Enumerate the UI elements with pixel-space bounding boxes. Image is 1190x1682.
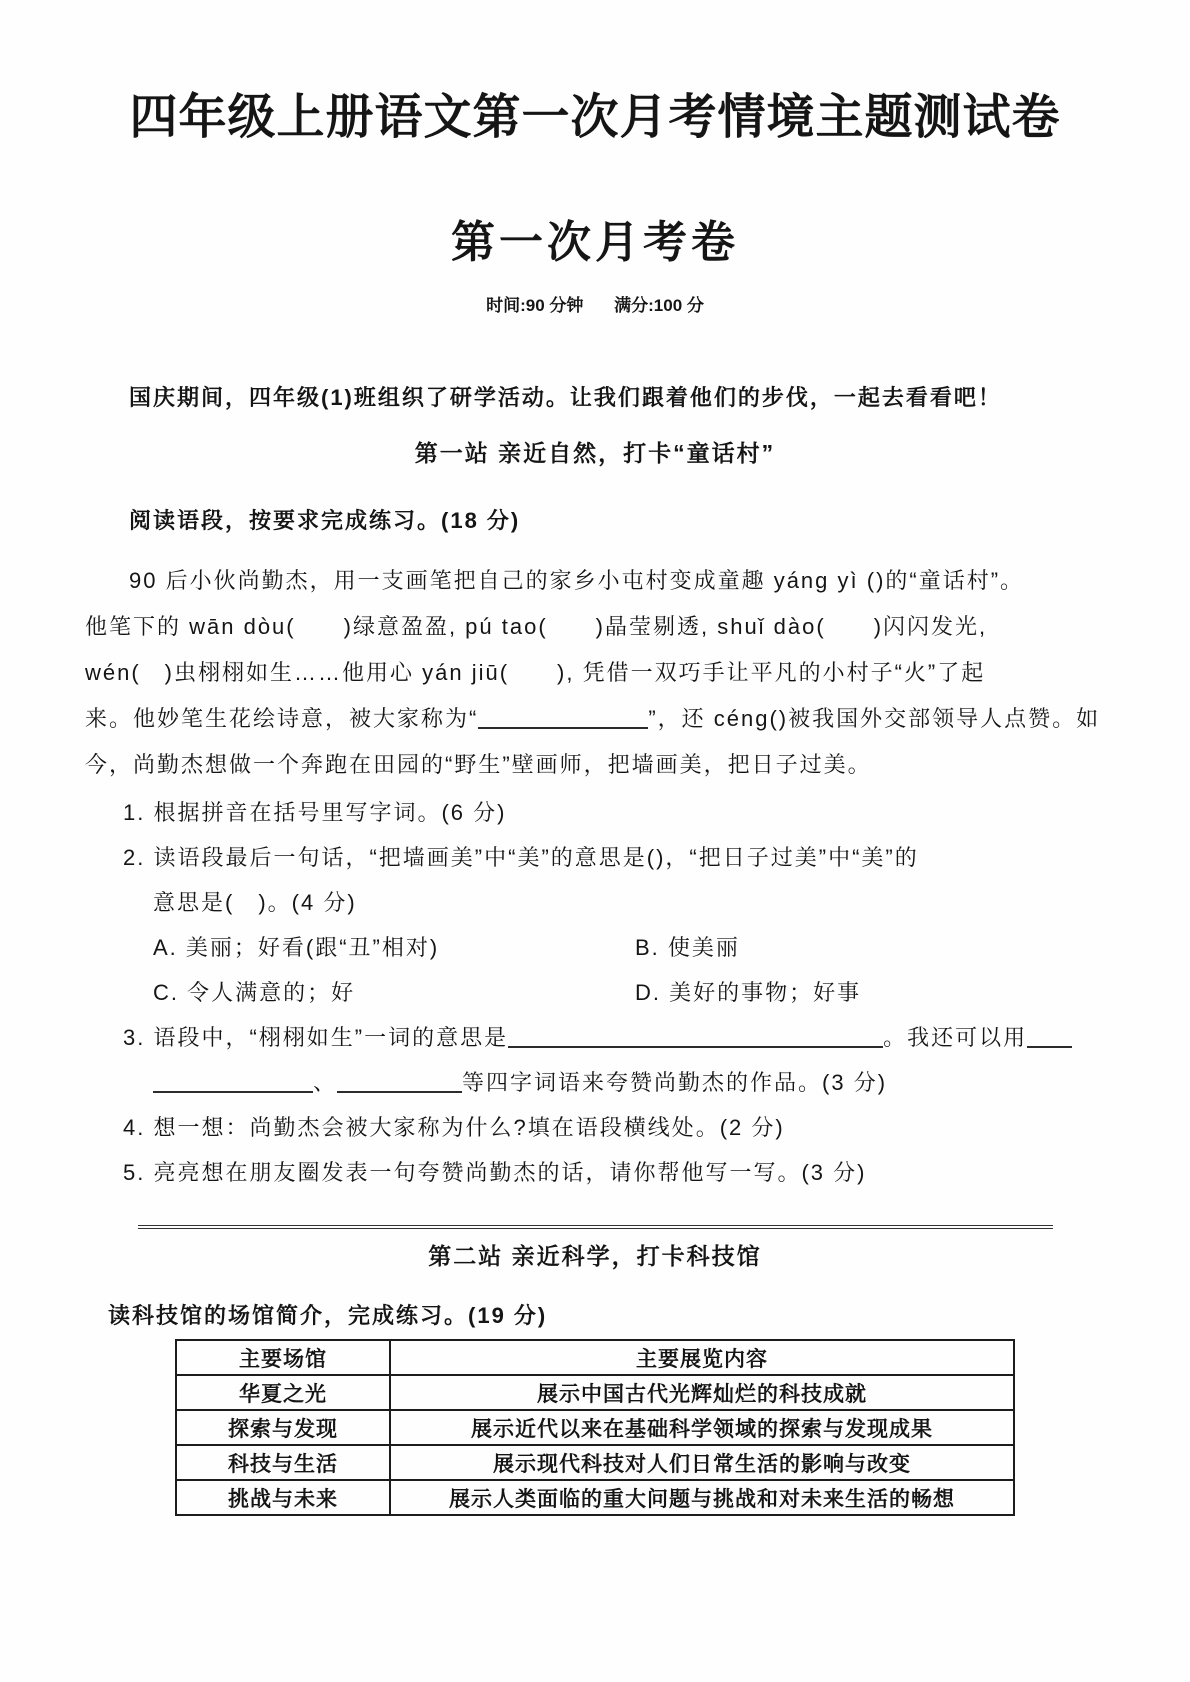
venue-cell: 挑战与未来	[176, 1480, 390, 1515]
venues-table: 主要场馆 主要展览内容 华夏之光 展示中国古代光辉灿烂的科技成就 探索与发现 展…	[175, 1339, 1015, 1516]
question-list: 1. 根据拼音在括号里写字词。(6 分) 2. 读语段最后一句话，“把墙画美”中…	[85, 790, 1105, 1195]
venue-cell: 探索与发现	[176, 1410, 390, 1445]
question-5: 5. 亮亮想在朋友圈发表一句夸赞尚勤杰的话，请你帮他写一写。(3 分)	[123, 1150, 1105, 1195]
option-row-2: C. 令人满意的；好 D. 美好的事物；好事	[153, 970, 1105, 1015]
table-row: 挑战与未来 展示人类面临的重大问题与挑战和对未来生活的畅想	[176, 1480, 1014, 1515]
exam-meta: 时间:90 分钟 满分:100 分	[85, 296, 1105, 316]
content-cell: 展示近代以来在基础科学领域的探索与发现成果	[390, 1410, 1014, 1445]
content-cell: 展示现代科技对人们日常生活的影响与改变	[390, 1445, 1014, 1480]
option-a: A. 美丽；好看(跟“丑”相对)	[153, 925, 635, 970]
intro-text: 国庆期间，四年级(1)班组织了研学活动。让我们跟着他们的步伐，一起去看看吧！	[85, 384, 1105, 412]
question-2-line-2: 意思是( )。(4 分)	[153, 880, 1105, 925]
question-4: 4. 想一想：尚勤杰会被大家称为什么?填在语段横线处。(2 分)	[123, 1105, 1105, 1150]
answer-blank	[508, 1024, 883, 1048]
answer-blank	[337, 1069, 462, 1093]
passage-line-4: 来。他妙笔生花绘诗意，被大家称为“”，还 céng()被我国外交部领导人点赞。如	[85, 696, 1105, 742]
question-1: 1. 根据拼音在括号里写字词。(6 分)	[123, 790, 1105, 835]
question-3-line-1: 3. 语段中，“栩栩如生”一词的意思是。我还可以用	[123, 1015, 1105, 1060]
venue-cell: 科技与生活	[176, 1445, 390, 1480]
answer-blank	[1027, 1024, 1072, 1048]
question-3-text-2: 。我还可以用	[883, 1025, 1027, 1050]
question-3-text-3: 、	[313, 1070, 337, 1095]
table-row: 科技与生活 展示现代科技对人们日常生活的影响与改变	[176, 1445, 1014, 1480]
section2-instruction: 读科技馆的场馆简介，完成练习。(19 分)	[108, 1301, 1105, 1331]
passage-line-3: wén( )虫栩栩如生……他用心 yán jiū( ), 凭借一双巧手让平凡的小…	[85, 650, 1105, 696]
passage-line-4-text-a: 来。他妙笔生花绘诗意，被大家称为“	[85, 706, 478, 731]
content-cell: 展示中国古代光辉灿烂的科技成就	[390, 1375, 1014, 1410]
exam-time-label: 时间:90 分钟	[486, 296, 583, 316]
passage-line-4-text-b: ”，还 céng()被我国外交部领导人点赞。如	[648, 706, 1100, 731]
page-title: 四年级上册语文第一次月考情境主题测试卷	[85, 90, 1105, 146]
table-row: 探索与发现 展示近代以来在基础科学领域的探索与发现成果	[176, 1410, 1014, 1445]
exam-subtitle: 第一次月考卷	[85, 218, 1105, 268]
content-cell: 展示人类面临的重大问题与挑战和对未来生活的畅想	[390, 1480, 1014, 1515]
question-3-text-1: 3. 语段中，“栩栩如生”一词的意思是	[123, 1025, 508, 1050]
station1-heading: 第一站 亲近自然，打卡“童话村”	[85, 438, 1105, 468]
passage-line-1: 90 后小伙尚勤杰，用一支画笔把自己的家乡小屯村变成童趣 yáng yì ()的…	[85, 558, 1105, 604]
option-d: D. 美好的事物；好事	[635, 970, 861, 1015]
section-divider	[138, 1225, 1053, 1229]
passage-line-5: 今，尚勤杰想做一个奔跑在田园的“野生”壁画师，把墙画美，把日子过美。	[85, 742, 1105, 788]
table-header-venue: 主要场馆	[176, 1340, 390, 1375]
reading-passage: 90 后小伙尚勤杰，用一支画笔把自己的家乡小屯村变成童趣 yáng yì ()的…	[85, 558, 1105, 788]
table-header-content: 主要展览内容	[390, 1340, 1014, 1375]
passage-line-2: 他笔下的 wān dòu( )绿意盈盈, pú tao( )晶莹剔透, shuǐ…	[85, 604, 1105, 650]
table-row: 华夏之光 展示中国古代光辉灿烂的科技成就	[176, 1375, 1014, 1410]
question-2-line-1: 2. 读语段最后一句话，“把墙画美”中“美”的意思是()，“把日子过美”中“美”…	[123, 835, 1105, 880]
station2-heading: 第二站 亲近科学，打卡科技馆	[85, 1241, 1105, 1271]
answer-blank	[478, 705, 648, 729]
exam-score-label: 满分:100 分	[614, 296, 704, 316]
section1-instruction: 阅读语段，按要求完成练习。(18 分)	[85, 506, 1105, 536]
option-c: C. 令人满意的；好	[153, 970, 635, 1015]
question-3-line-2: 、等四字词语来夸赞尚勤杰的作品。(3 分)	[153, 1060, 1105, 1105]
test-paper-page: 四年级上册语文第一次月考情境主题测试卷 第一次月考卷 时间:90 分钟 满分:1…	[0, 90, 1190, 1516]
answer-blank	[153, 1069, 313, 1093]
question-3-text-4: 等四字词语来夸赞尚勤杰的作品。(3 分)	[462, 1070, 887, 1095]
venue-cell: 华夏之光	[176, 1375, 390, 1410]
table-header-row: 主要场馆 主要展览内容	[176, 1340, 1014, 1375]
option-row-1: A. 美丽；好看(跟“丑”相对) B. 使美丽	[153, 925, 1105, 970]
option-b: B. 使美丽	[635, 925, 740, 970]
